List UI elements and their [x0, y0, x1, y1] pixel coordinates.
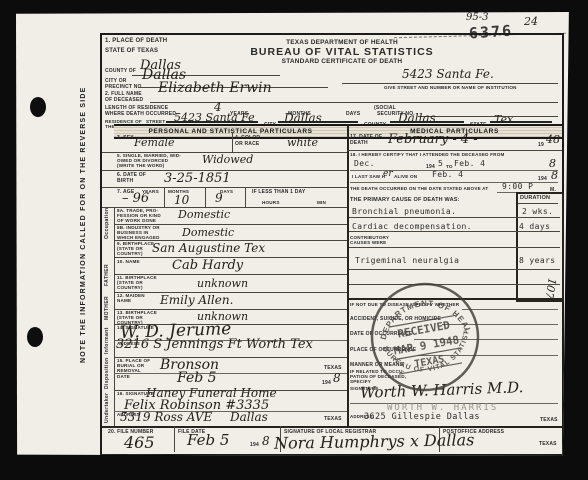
- trade-label-3: OF WORK DONE: [117, 218, 156, 224]
- father-name-value: Cab Hardy: [172, 259, 243, 272]
- row-line: [102, 187, 347, 188]
- to-label: TO: [446, 164, 453, 170]
- residence-underline-3: [390, 121, 464, 123]
- full-name-underline: [150, 102, 558, 103]
- from-year-value: 5: [438, 160, 443, 168]
- contributory-duration-value: 8 years: [519, 257, 556, 265]
- sex-value: Female: [134, 137, 175, 148]
- burial-year-prefix: 194: [322, 380, 331, 386]
- cause-1-value: Bronchial pneumonia.: [352, 208, 456, 216]
- dod-year: 48: [546, 134, 560, 145]
- age-divider-2: [205, 187, 206, 207]
- marital-value: Widowed: [202, 154, 253, 165]
- registrar-signature: Nora Humphrys x Dallas: [274, 432, 475, 451]
- side-label-mother: MOTHER: [104, 292, 113, 324]
- last-saw-date: Feb. 4: [432, 171, 463, 179]
- certificate-title: STANDARD CERTIFICATE OF DEATH: [242, 58, 442, 66]
- primary-cause-label: THE PRIMARY CAUSE OF DEATH WAS:: [350, 197, 460, 204]
- sex-race-divider: [232, 133, 233, 152]
- file-date-year: 8: [262, 435, 270, 447]
- informant-address: 3216 S Jennings Ft Worth Tex: [116, 338, 313, 351]
- full-name-label-2: OF DECEASED: [105, 97, 143, 103]
- maiden-name-label-2: NAME: [117, 298, 131, 304]
- sex-label: 3. SEX: [117, 135, 134, 141]
- hole-punch-top: [30, 97, 46, 117]
- street-hint: GIVE STREET AND NUMBER OR NAME OF INSTIT…: [384, 85, 517, 91]
- bureau-title: BUREAU OF VITAL STATISTICS: [222, 46, 462, 59]
- footer-divider-1: [174, 426, 175, 452]
- row-line: [349, 231, 560, 232]
- age-months-value: 10: [174, 194, 189, 206]
- dod-value: February - 4 -: [388, 133, 478, 146]
- marital-label-3: (WRITE THE WORD): [117, 163, 164, 169]
- race-label-2: OR RACE: [235, 141, 259, 147]
- side-label-informant: Informant: [104, 324, 113, 357]
- place-of-death-label: 1. PLACE OF DEATH: [105, 38, 167, 45]
- rotated-number: 107: [543, 277, 557, 300]
- side-label-undertaker: Undertaker: [104, 390, 113, 426]
- burial-date-value: Feb 5: [177, 371, 217, 385]
- age-divider-1: [164, 187, 165, 207]
- footer-state-label: TEXAS: [539, 441, 557, 447]
- column-divider: [347, 124, 349, 426]
- death-occurred-label: THE DEATH OCCURRED ON THE DATE STATED AB…: [350, 186, 488, 192]
- duration-label: DURATION: [520, 195, 550, 202]
- last-saw-label-2: ALIVE ON: [394, 174, 417, 180]
- duration-1-value: 2 wks.: [522, 208, 553, 216]
- last-saw-her: er: [383, 170, 393, 179]
- father-bp-country-label: COUNTRY): [117, 285, 143, 291]
- attended-to-value: Feb. 4: [454, 160, 485, 168]
- trade-value: Domestic: [178, 209, 230, 220]
- row-line: [114, 373, 347, 374]
- race-value: white: [287, 137, 318, 148]
- scanned-death-certificate: NOTE THE INFORMATION CALLED FOR ON THE R…: [0, 0, 588, 480]
- contributory-cause-value: Trigeminal neuralgia: [355, 257, 459, 265]
- footer-top-line: [102, 426, 562, 428]
- physician-address: 3625 Gillespie Dallas: [364, 413, 480, 422]
- father-name-label: 10. NAME: [117, 259, 140, 265]
- days-label: DAYS: [346, 111, 360, 117]
- side-label-occupation: Occupation: [104, 207, 113, 240]
- hole-punch-bottom: [27, 327, 43, 347]
- handwritten-page-number: 24: [524, 16, 538, 27]
- ssn-underline: [418, 116, 558, 117]
- certificate-form: 1. PLACE OF DEATH STATE OF TEXAS TEXAS D…: [100, 33, 564, 456]
- county-label: COUNTY OF: [105, 68, 136, 74]
- burial-date-year: 8: [333, 372, 341, 384]
- funeral-address-value: 5319 Ross AVE: [120, 411, 212, 423]
- birthplace-value: San Augustine Tex: [152, 242, 265, 254]
- row-line: [347, 150, 562, 151]
- physician-state-label: TEXAS: [540, 417, 558, 423]
- certify-label: 18. I HEREBY CERTIFY THAT I ATTENDED THE…: [350, 152, 505, 158]
- dob-value: 3-25-1851: [164, 172, 231, 185]
- funeral-state-label: TEXAS: [324, 416, 342, 422]
- side-label-father: FATHER: [104, 257, 113, 292]
- certificate-paper: NOTE THE INFORMATION CALLED FOR ON THE R…: [16, 12, 570, 456]
- state-of-texas-label: STATE OF TEXAS: [105, 48, 158, 55]
- postoffice-label: POSTOFFICE ADDRESS: [443, 429, 504, 435]
- dod-label-2: DEATH: [350, 140, 368, 146]
- maiden-name-value: Emily Allen.: [160, 294, 233, 306]
- city-label-2: PRECINCT NO: [105, 84, 142, 90]
- full-name-value: Elizabeth Erwin: [158, 81, 272, 95]
- age-less-label: IF LESS THAN 1 DAY: [252, 189, 305, 195]
- cause-2-value: Cardiac decompensation.: [352, 223, 472, 231]
- last-saw-label-1: I LAST SAW H: [352, 174, 385, 180]
- age-days-value: 9: [215, 192, 223, 204]
- file-date-value: Feb 5: [187, 433, 229, 448]
- age-years-value: – 96: [122, 192, 149, 205]
- death-time-value: 9:00 P: [502, 183, 533, 191]
- residence-length-label-2: WHERE DEATH OCCURRED: [105, 111, 176, 117]
- margin-note: NOTE THE INFORMATION CALLED FOR ON THE R…: [80, 115, 87, 363]
- last-saw-year: 8: [551, 170, 558, 181]
- street-value: 5423 Santa Fe.: [402, 68, 494, 80]
- file-date-year-prefix: 194: [250, 442, 259, 448]
- duration-2-value: 4 days: [519, 223, 550, 231]
- row-line: [518, 203, 558, 204]
- birthplace-country-label: COUNTRY): [117, 251, 143, 257]
- row-line: [349, 247, 560, 248]
- handwritten-code: 95-3: [466, 13, 488, 23]
- to-year-value: 8: [549, 158, 556, 169]
- residence-underline-2: [278, 121, 358, 123]
- street-underline: [342, 83, 558, 84]
- min-label: MIN: [317, 200, 326, 206]
- contributory-label-2: CAUSES WERE: [350, 240, 386, 246]
- row-line: [349, 217, 560, 218]
- dob-label-2: BIRTH: [117, 178, 133, 184]
- received-stamp: DEPARTMENT OF HEALTH BUREAU OF VITAL STA…: [355, 267, 494, 406]
- father-birthplace-value: unknown: [197, 278, 248, 289]
- hours-label: HOURS: [262, 200, 280, 206]
- funeral-city-value: Dallas: [230, 411, 268, 423]
- industry-value: Domestic: [182, 227, 234, 238]
- attended-from-value: Dec.: [354, 160, 375, 168]
- residence-underline-4: [490, 121, 552, 123]
- side-label-disposition: Disposition: [104, 357, 113, 390]
- residence-underline-1: [166, 121, 258, 123]
- burial-date-label: DATE: [117, 374, 130, 380]
- dod-year-prefix: 19: [538, 142, 544, 148]
- file-number-value: 465: [124, 435, 155, 451]
- age-divider-3: [245, 187, 246, 207]
